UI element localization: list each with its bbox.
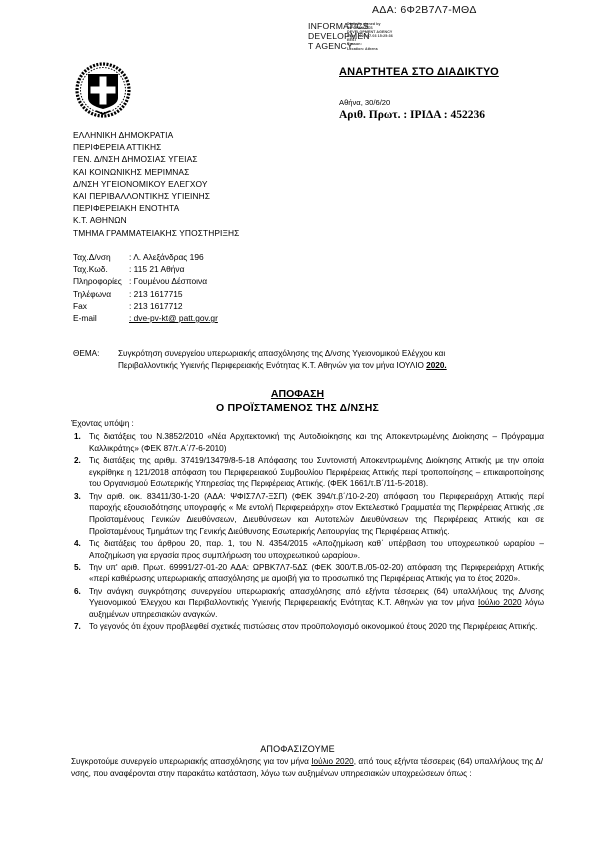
subject-line: Περιβαλλοντικής Υγιεινής Περιφερειακής Ε… (118, 360, 447, 372)
contact-email: E-mail : dve-pv-kt@ patt.gov.gr (73, 312, 218, 324)
authority-line: ΤΜΗΜΑ ΓΡΑΜΜΑΤΕΙΑΚΗΣ ΥΠΟΣΤΗΡΙΞΗΣ (73, 227, 239, 239)
decision-title: ΑΠΟΦΑΣΗ (0, 388, 595, 401)
email-link[interactable]: : dve-pv-kt@ patt.gov.gr (129, 312, 218, 324)
authority-line: ΠΕΡΙΦΕΡΕΙΑ ΑΤΤΙΚΗΣ (73, 141, 239, 153)
resolution-text: Συγκροτούμε συνεργείο υπερωριακής απασχό… (71, 756, 543, 780)
item-text: Τις διατάξεις της αριθμ. 37419/13479/8-5… (89, 455, 544, 490)
contact-details: Ταχ.Δ/νση : Λ. Αλεξάνδρας 196 Ταχ.Κωδ. :… (73, 251, 218, 324)
contact-label: E-mail (73, 312, 129, 324)
item-text: Την ανάγκη συγκρότησης συνεργείου υπερωρ… (89, 586, 544, 621)
authority-line: ΚΑΙ ΠΕΡΙΒΑΛΛΟΝΤΙΚΗΣ ΥΓΙΕΙΝΗΣ (73, 190, 239, 202)
list-item: 5. Την υπ' αριθ. Πρωτ. 69991/27-01-20 ΑΔ… (74, 562, 544, 585)
item-month: Ιούλιο 2020 (478, 598, 521, 607)
contact-label: Πληροφορίες (73, 275, 129, 287)
considerations-list: 1. Τις διατάξεις του Ν.3852/2010 «Νέα Αρ… (74, 431, 544, 633)
subject-line-text: Περιβαλλοντικής Υγιεινής Περιφερειακής Ε… (118, 361, 426, 370)
contact-value: : Λ. Αλεξάνδρας 196 (129, 251, 204, 263)
contact-phone: Τηλέφωνα : 213 1617715 (73, 288, 218, 300)
authority-line: ΓΕΝ. Δ/ΝΣΗ ΔΗΜΟΣΙΑΣ ΥΓΕΙΑΣ (73, 153, 239, 165)
contact-value: : 213 1617712 (129, 300, 183, 312)
item-number: 1. (74, 431, 89, 454)
protocol-number: Αριθ. Πρωτ. : ΙΡΙΔΑ : 452236 (339, 109, 485, 123)
posting-notice: ΑΝΑΡΤΗΤΕΑ ΣΤΟ ΔΙΑΔΙΚΤΥΟ (339, 66, 499, 79)
authority-line: ΚΑΙ ΚΟΙΝΩΝΙΚΗΣ ΜΕΡΙΜΝΑΣ (73, 166, 239, 178)
list-item: 6. Την ανάγκη συγκρότησης συνεργείου υπε… (74, 586, 544, 621)
signature-line: Location: Athens (347, 47, 393, 51)
list-item: 7. Το γεγονός ότι έχουν προβλεφθεί σχετι… (74, 621, 544, 633)
contact-value: : Γουμένου Δέσποινα (129, 275, 207, 287)
item-text: Τις διατάξεις του άρθρου 20, παρ. 1, του… (89, 538, 544, 561)
list-item: 4. Τις διατάξεις του άρθρου 20, παρ. 1, … (74, 538, 544, 561)
contact-address: Ταχ.Δ/νση : Λ. Αλεξάνδρας 196 (73, 251, 218, 263)
issuing-authority: ΕΛΛΗΝΙΚΗ ΔΗΜΟΚΡΑΤΙΑ ΠΕΡΙΦΕΡΕΙΑ ΑΤΤΙΚΗΣ Γ… (73, 129, 239, 239)
authority-line: Δ/ΝΣΗ ΥΓΕΙΟΝΟΜΙΚΟΥ ΕΛΕΓΧΟΥ (73, 178, 239, 190)
authority-line: ΠΕΡΙΦΕΡΕΙΑΚΗ ΕΝΟΤΗΤΑ (73, 202, 239, 214)
item-text: Την αριθ. οικ. 83411/30-1-20 (ΑΔΑ: ΨΦΙΣ7… (89, 491, 544, 538)
item-number: 6. (74, 586, 89, 621)
item-text: Τις διατάξεις του Ν.3852/2010 «Νέα Αρχιτ… (89, 431, 544, 454)
item-number: 4. (74, 538, 89, 561)
item-number: 7. (74, 621, 89, 633)
digital-signature-details: Digitally signed by INFORMATICS DEVELOPM… (347, 22, 393, 51)
resolution-title: ΑΠΟΦΑΣΙΖΟΥΜΕ (0, 744, 595, 755)
contact-value: : 115 21 Αθήνα (129, 263, 184, 275)
subject-label: ΘΕΜΑ: (73, 348, 118, 360)
resolution-month: Ιούλιο 2020 (311, 757, 353, 766)
list-item: 2. Τις διατάξεις της αριθμ. 37419/13479/… (74, 455, 544, 490)
item-text-part: Την ανάγκη συγκρότησης συνεργείου υπερωρ… (89, 587, 544, 608)
contact-fax: Fax : 213 1617712 (73, 300, 218, 312)
resolution-text-part: Συγκροτούμε συνεργείο υπερωριακής απασχό… (71, 757, 311, 766)
list-item: 3. Την αριθ. οικ. 83411/30-1-20 (ΑΔΑ: ΨΦ… (74, 491, 544, 538)
document-date: Αθήνα, 30/6/20 (339, 98, 390, 107)
subject-line: Συγκρότηση συνεργείου υπερωριακής απασχό… (118, 348, 445, 360)
item-text: Το γεγονός ότι έχουν προβλεφθεί σχετικές… (89, 621, 537, 633)
list-item: 1. Τις διατάξεις του Ν.3852/2010 «Νέα Αρ… (74, 431, 544, 454)
item-number: 2. (74, 455, 89, 490)
authority-line: ΕΛΛΗΝΙΚΗ ΔΗΜΟΚΡΑΤΙΑ (73, 129, 239, 141)
contact-label: Fax (73, 300, 129, 312)
contact-info-person: Πληροφορίες : Γουμένου Δέσποινα (73, 275, 218, 287)
authority-line: Κ.Τ. ΑΘΗΝΩΝ (73, 214, 239, 226)
subject: ΘΕΜΑ: Συγκρότηση συνεργείου υπερωριακής … (73, 348, 573, 372)
contact-label: Ταχ.Δ/νση (73, 251, 129, 263)
ada-code: ΑΔΑ: 6Φ2Β7Λ7-ΜΘΔ (372, 4, 477, 17)
decision-issuer: Ο ΠΡΟΪΣΤΑΜΕΝΟΣ ΤΗΣ Δ/ΝΣΗΣ (0, 402, 595, 415)
item-text: Την υπ' αριθ. Πρωτ. 69991/27-01-20 ΑΔΑ: … (89, 562, 544, 585)
greek-emblem-icon (74, 61, 132, 119)
contact-postcode: Ταχ.Κωδ. : 115 21 Αθήνα (73, 263, 218, 275)
item-number: 3. (74, 491, 89, 538)
item-number: 5. (74, 562, 89, 585)
contact-label: Τηλέφωνα (73, 288, 129, 300)
contact-label: Ταχ.Κωδ. (73, 263, 129, 275)
contact-value: : 213 1617715 (129, 288, 183, 300)
subject-year: 2020. (426, 361, 447, 370)
considering-label: Έχοντας υπόψη : (71, 419, 134, 429)
